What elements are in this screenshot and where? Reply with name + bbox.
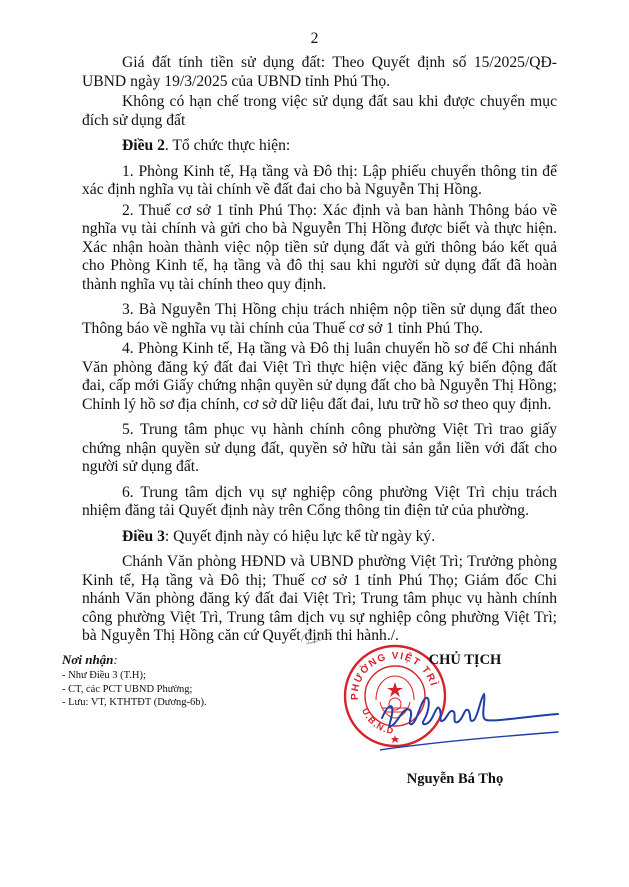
recipient-item: - Lưu: VT, KTHTĐT (Dương-6b). [62, 696, 342, 710]
recipients-title: Nơi nhận: [62, 652, 342, 668]
article-2-item-1: 1. Phòng Kinh tế, Hạ tầng và Đô thị: Lập… [82, 163, 557, 200]
document-page: 2 Giá đất tính tiền sử dụng đất: Theo Qu… [0, 0, 629, 887]
page-number: 2 [0, 30, 629, 49]
recipients-block: Nơi nhận: - Như Điều 3 (T.H); - CT, các … [62, 652, 342, 710]
recipient-item: - CT, các PCT UBND Phường; [62, 683, 342, 697]
paragraph-no-restriction: Không có hạn chế trong việc sử dụng đất … [82, 93, 557, 130]
handwritten-signature [380, 680, 560, 755]
article-2-heading: Điều 2. Tổ chức thực hiện: [82, 137, 557, 156]
initials-mark [298, 625, 334, 647]
paragraph-land-price: Giá đất tính tiền sử dụng đất: Theo Quyế… [82, 54, 557, 91]
article-3: Điều 3: Quyết định này có hiệu lực kể từ… [82, 528, 557, 547]
article-2-item-3: 3. Bà Nguyễn Thị Hồng chịu trách nhiệm n… [82, 301, 557, 338]
recipient-item: - Như Điều 3 (T.H); [62, 669, 342, 683]
signer-title: CHỦ TỊCH [400, 651, 530, 670]
article-2-item-5: 5. Trung tâm phục vụ hành chính công phư… [82, 421, 557, 477]
signer-name: Nguyễn Bá Thọ [380, 770, 530, 789]
article-2-item-4: 4. Phòng Kinh tế, Hạ tầng và Đô thị luân… [82, 340, 557, 414]
document-body: Giá đất tính tiền sử dụng đất: Theo Quyế… [82, 54, 557, 653]
article-2-item-6: 6. Trung tâm dịch vụ sự nghiệp công phườ… [82, 484, 557, 521]
article-2-item-2: 2. Thuế cơ sở 1 tỉnh Phú Thọ: Xác định v… [82, 202, 557, 295]
